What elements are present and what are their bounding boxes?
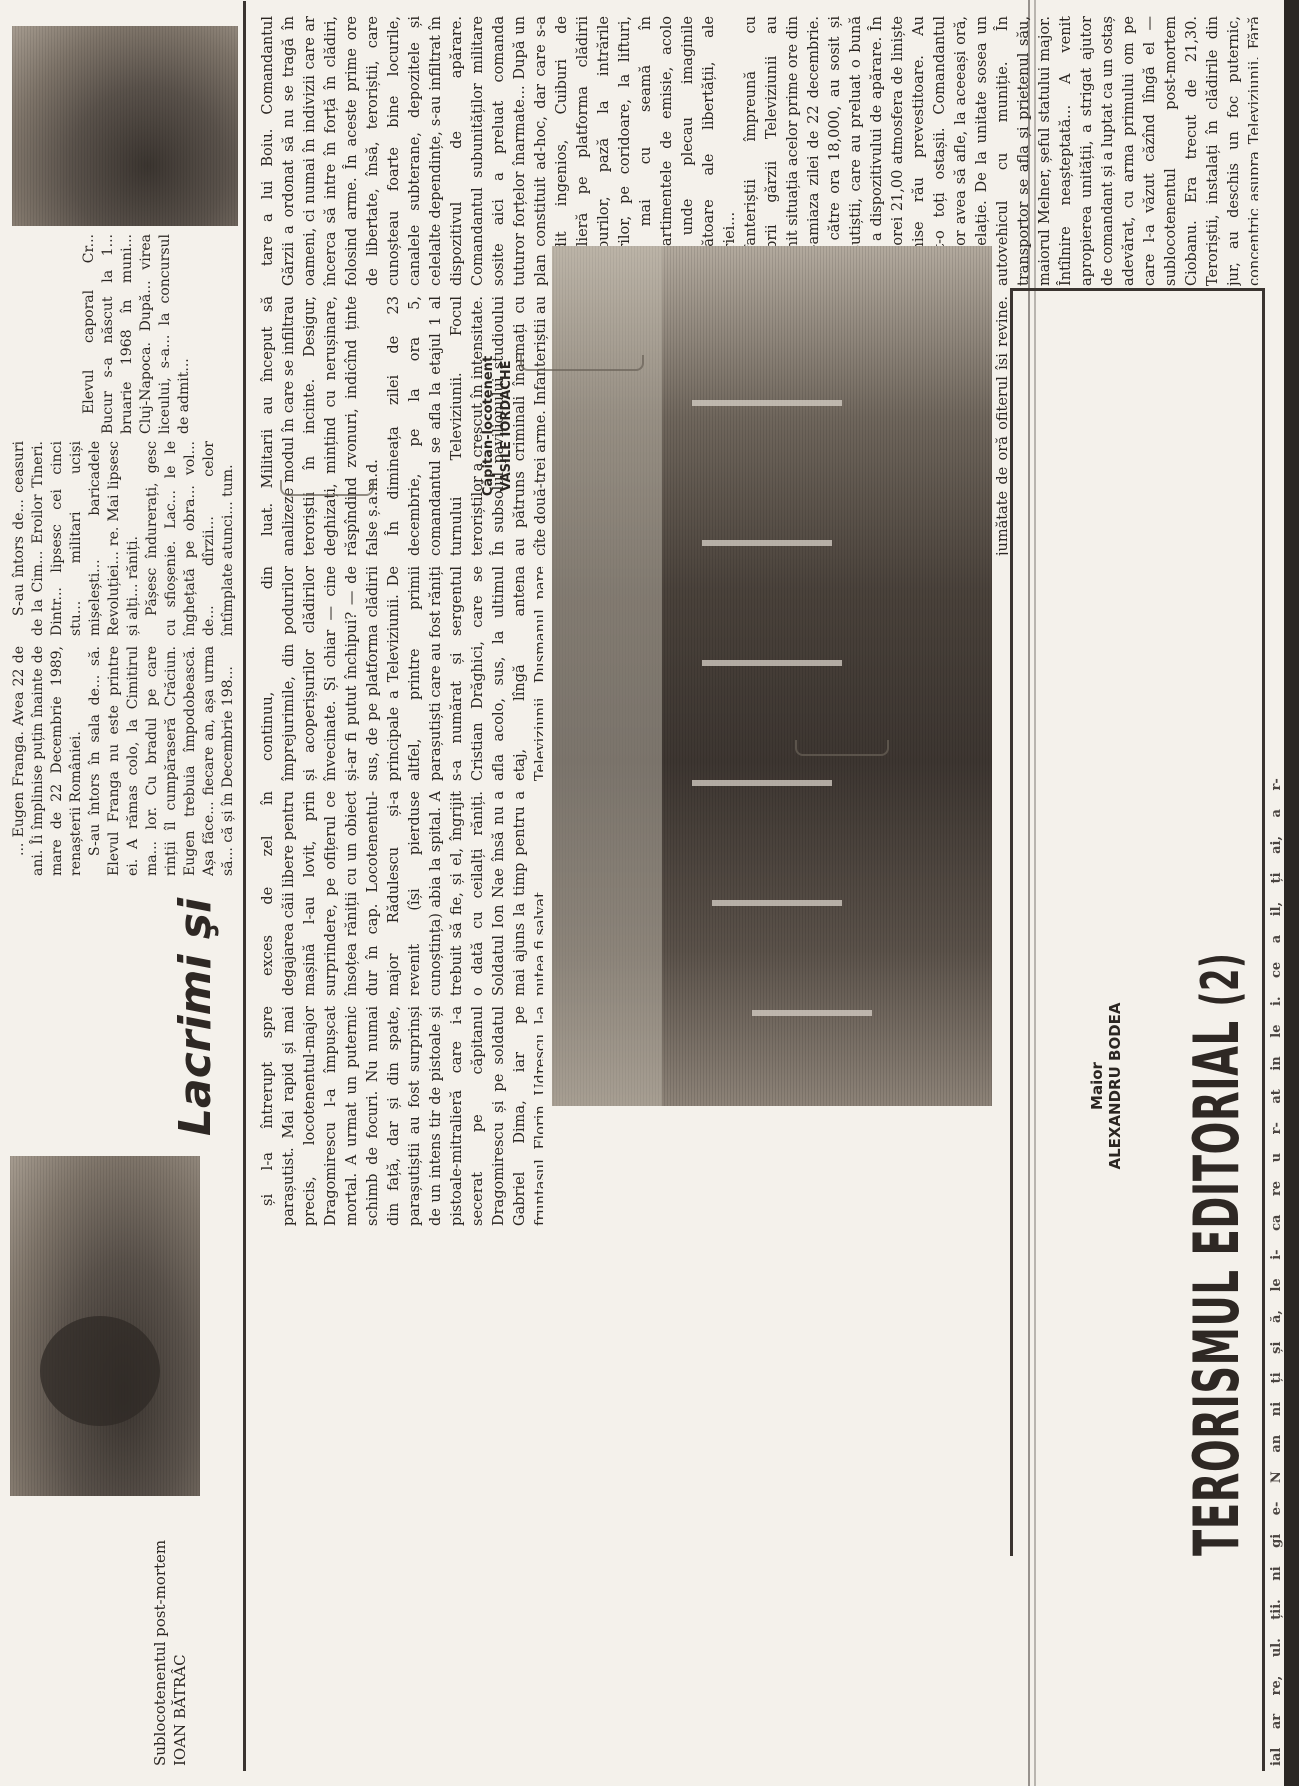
- byline-2: Căpitan-locotenent VASILE IORDACHE: [480, 326, 516, 526]
- article-column-3: continuu, din împrejurimile, din poduril…: [258, 566, 543, 781]
- building-window: [702, 660, 842, 666]
- side-text-3: ... Eugen Franga. Avea 22 de ani. Îi împ…: [10, 646, 240, 876]
- headline-rule: [1262, 291, 1265, 1771]
- building-window: [752, 1010, 872, 1016]
- building-window: [692, 400, 842, 406]
- byline-name: VASILE IORDACHE: [498, 326, 516, 526]
- building-window: [692, 780, 832, 786]
- article-headline: TERORISMUL EDITORIAL (2): [1180, 953, 1253, 1556]
- byline-rank: Căpitan-locotenent: [480, 326, 498, 526]
- article-column-5: și l-a întrerupt spre parașutist. Mai ra…: [258, 1006, 543, 1226]
- side-text-2: S-au întors de... ceasuri de la Cim... E…: [10, 441, 240, 636]
- byline-rank: Maior: [1088, 986, 1106, 1186]
- portrait-photo-1: [12, 26, 238, 226]
- article-column-4: exces de zel în degajarea căii libere pe…: [258, 791, 543, 996]
- scanner-edge: [1284, 0, 1299, 1786]
- headline-rule: [1010, 288, 1265, 291]
- pen-annotation: [795, 740, 889, 756]
- photo-caption: Sublocotenentul post-mortem IOAN BĂTRÂC: [150, 1506, 190, 1766]
- newspaper-page: Elevul caporal Cr... Bucur s-a născut la…: [0, 0, 1299, 1786]
- pen-annotation: [280, 480, 374, 496]
- pen-annotation: [520, 355, 644, 371]
- portrait-head-shape: [40, 1316, 160, 1426]
- byline-1: Maior ALEXANDRU BODEA: [1088, 986, 1124, 1186]
- headline-part-number: (2): [1191, 953, 1251, 1007]
- byline-name: ALEXANDRU BODEA: [1106, 986, 1124, 1186]
- main-article-photo: [552, 246, 992, 1106]
- side-text-1: Elevul caporal Cr... Bucur s-a născut la…: [80, 234, 240, 434]
- section-divider: [243, 1, 246, 1771]
- byline-rule: [1010, 290, 1013, 1556]
- portrait-photo-2: [10, 1156, 200, 1496]
- sky-area: [552, 246, 662, 1106]
- headline-text: TERORISMUL EDITORIAL: [1180, 1020, 1253, 1556]
- building-window: [702, 540, 832, 546]
- building-window: [712, 900, 842, 906]
- side-section-title: Lacrimi şi: [170, 898, 221, 1136]
